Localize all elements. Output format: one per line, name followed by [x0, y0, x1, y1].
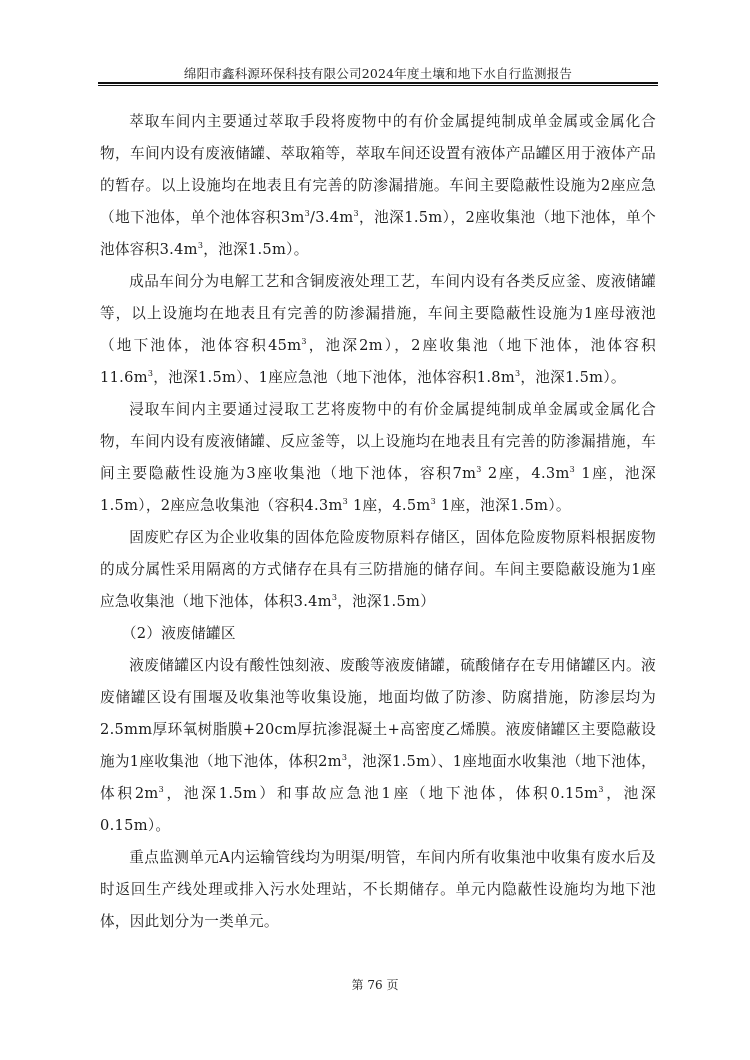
paragraph-monitoring-unit-a: 重点监测单元A内运输管线均为明渠/明管，车间内所有收集池中收集有废水后及时返回生… [100, 842, 656, 938]
subheading-liquid-waste-tank-area: （2）液废储罐区 [100, 618, 656, 650]
superscript: 3 [332, 593, 337, 602]
paragraph-extraction-workshop: 萃取车间内主要通过萃取手段将废物中的有价金属提纯制成单金属或金属化合物，车间内设… [100, 106, 656, 266]
superscript: 3 [476, 465, 481, 474]
running-header: 绵阳市鑫科源环保科技有限公司2024年度土壤和地下水自行监测报告 [98, 64, 658, 82]
paragraph-leaching-workshop: 浸取车间内主要通过浸取工艺将废物中的有价金属提纯制成单金属或金属化合物，车间内设… [100, 394, 656, 522]
paragraph-finished-product-workshop: 成品车间分为电解工艺和含铜废液处理工艺，车间内设有各类反应釜、废液储罐等，以上设… [100, 266, 656, 394]
page-number: 第 76 页 [0, 976, 750, 993]
superscript: 3 [159, 785, 164, 794]
document-body: 萃取车间内主要通过萃取手段将废物中的有价金属提纯制成单金属或金属化合物，车间内设… [100, 106, 656, 938]
paragraph-solid-waste-storage: 固废贮存区为企业收集的固体危险废物原料存储区，固体危险废物原料根据废物的成分属性… [100, 522, 656, 618]
superscript: 3 [570, 465, 575, 474]
paragraph-liquid-waste-tank-area: 液废储罐区内设有酸性蚀刻液、废酸等液废储罐，硫酸储存在专用储罐区内。液废储罐区设… [100, 650, 656, 842]
superscript: 3 [353, 209, 358, 218]
superscript: 3 [598, 785, 603, 794]
superscript: 3 [343, 497, 348, 506]
superscript: 3 [431, 497, 436, 506]
superscript: 3 [342, 753, 347, 762]
superscript: 3 [515, 369, 520, 378]
superscript: 3 [198, 241, 203, 250]
rule-thin-line [98, 85, 658, 86]
superscript: 3 [148, 369, 153, 378]
superscript: 3 [305, 209, 310, 218]
header-double-rule [98, 82, 658, 86]
superscript: 3 [301, 337, 306, 346]
